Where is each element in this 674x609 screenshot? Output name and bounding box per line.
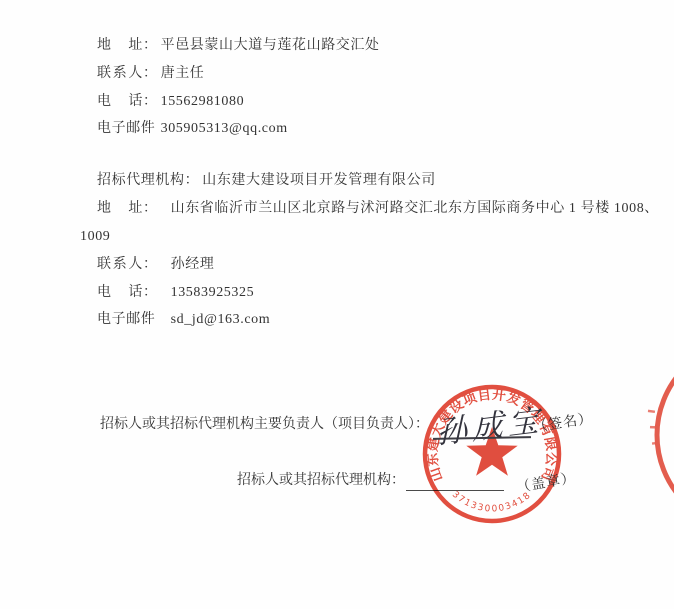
phone-value: 13583925325 <box>171 285 255 300</box>
responsible-person-line: 招标人或其招标代理机构主要负责人（项目负责人）： <box>100 418 429 432</box>
email-value: 305905313@qq.com <box>161 121 288 136</box>
address-label: 地址 <box>97 39 143 53</box>
phone-label: 电话 <box>97 286 143 300</box>
address-value-line2: 1009 <box>80 229 110 244</box>
contact-label: 联系人 <box>97 67 143 81</box>
edge-seal-arc <box>640 330 674 540</box>
agency-name: 山东建大建设项目开发管理有限公司 <box>202 173 436 188</box>
bidder-address-row: 地址：平邑县蒙山大道与莲花山路交汇处 <box>97 39 380 53</box>
bidder-contact-row: 联系人：唐主任 <box>97 67 204 81</box>
address-value: 平邑县蒙山大道与莲花山路交汇处 <box>161 38 380 53</box>
phone-value: 15562981080 <box>161 94 245 109</box>
contact-label: 联系人 <box>97 258 143 272</box>
tender-document-page: 地址：平邑县蒙山大道与莲花山路交汇处 联系人：唐主任 电话：1556298108… <box>0 0 674 609</box>
agency-address-wrap-row: 1009 <box>80 230 110 244</box>
agency-label: 招标代理机构 <box>97 173 185 188</box>
phone-label: 电话 <box>97 95 143 109</box>
email-value: sd_jd@163.com <box>171 312 271 327</box>
colon: ： <box>143 121 158 136</box>
agency-signoff-line: 招标人或其招标代理机构： <box>237 474 405 488</box>
email-label: 电子邮件 <box>97 122 143 136</box>
email-label: 电子邮件 <box>97 313 143 327</box>
agency-signoff-label: 招标人或其招标代理机构： <box>237 473 405 488</box>
bidder-email-row: 电子邮件：305905313@qq.com <box>97 122 288 136</box>
colon: ： <box>143 38 158 53</box>
colon: ： <box>143 66 158 81</box>
colon: ： <box>185 173 200 188</box>
bidder-phone-row: 电话：15562981080 <box>97 95 244 109</box>
colon: ： <box>143 257 158 272</box>
colon: ： <box>143 201 158 216</box>
edge-seal-ring <box>657 340 674 530</box>
agency-address-row: 地址：山东省临沂市兰山区北京路与沭河路交汇北东方国际商务中心 1 号楼 1008… <box>97 202 659 216</box>
colon: ： <box>143 285 158 300</box>
colon: ： <box>143 94 158 109</box>
agency-contact-row: 联系人：孙经理 <box>97 258 214 272</box>
agency-row: 招标代理机构：山东建大建设项目开发管理有限公司 <box>97 174 436 188</box>
contact-value: 唐主任 <box>161 66 205 81</box>
address-value-line1: 山东省临沂市兰山区北京路与沭河路交汇北东方国际商务中心 1 号楼 1008、 <box>171 201 659 216</box>
agency-phone-row: 电话：13583925325 <box>97 286 254 300</box>
agency-email-row: 电子邮件：sd_jd@163.com <box>97 313 270 327</box>
responsible-label: 招标人或其招标代理机构主要负责人（项目负责人）： <box>100 417 429 432</box>
colon: ： <box>143 312 158 327</box>
address-label: 地址 <box>97 202 143 216</box>
contact-value: 孙经理 <box>171 257 215 272</box>
